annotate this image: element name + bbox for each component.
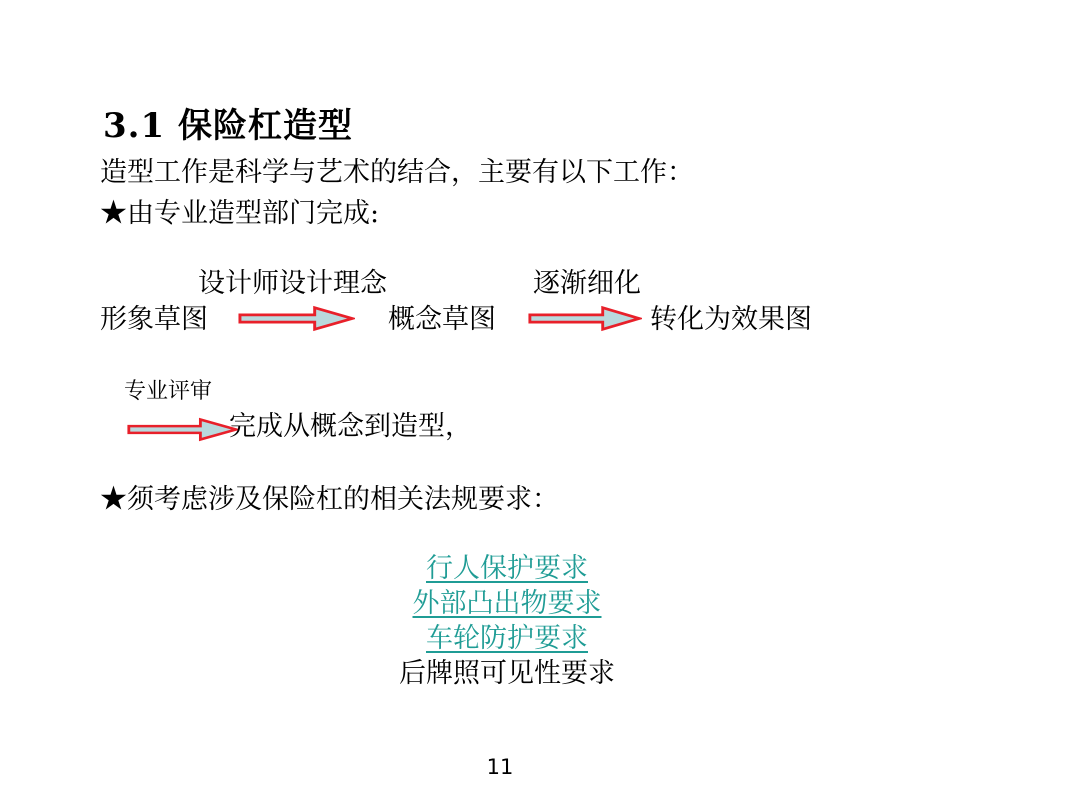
presentation-slide: 3.1 保险杠造型 造型工作是科学与艺术的结合，主要有以下工作： ★由专业造型部… [0,0,1076,807]
flow-step-render: 转化为效果图 [650,297,812,336]
flow-arrow1-label: 设计师设计理念 [198,261,387,300]
right-arrow-icon [237,305,355,332]
intro-text: 造型工作是科学与艺术的结合，主要有以下工作： [100,150,694,189]
link-wheel-guard[interactable]: 车轮防护要求 [297,621,717,656]
link-pedestrian-protection[interactable]: 行人保护要求 [297,551,717,586]
requirements-list: 行人保护要求 外部凸出物要求 车轮防护要求 后牌照可见性要求 [297,551,717,691]
rear-plate-visibility-text: 后牌照可见性要求 [297,656,717,691]
link-external-projections[interactable]: 外部凸出物要求 [297,586,717,621]
review-result-text: 完成从概念到造型， [229,404,472,443]
page-number: 11 [0,755,1000,779]
right-arrow-icon [527,305,642,332]
flow-arrow2-label: 逐渐细化 [533,261,641,300]
right-arrow-icon [126,417,239,442]
flow-step-sketch: 形象草图 [100,297,208,336]
review-arrow-label: 专业评审 [124,374,212,405]
flow-step-concept: 概念草图 [388,297,496,336]
section2-heading: ★须考虑涉及保险杠的相关法规要求： [100,477,559,516]
section1-heading: ★由专业造型部门完成: [100,191,379,230]
slide-title: 3.1 保险杠造型 [103,98,353,147]
